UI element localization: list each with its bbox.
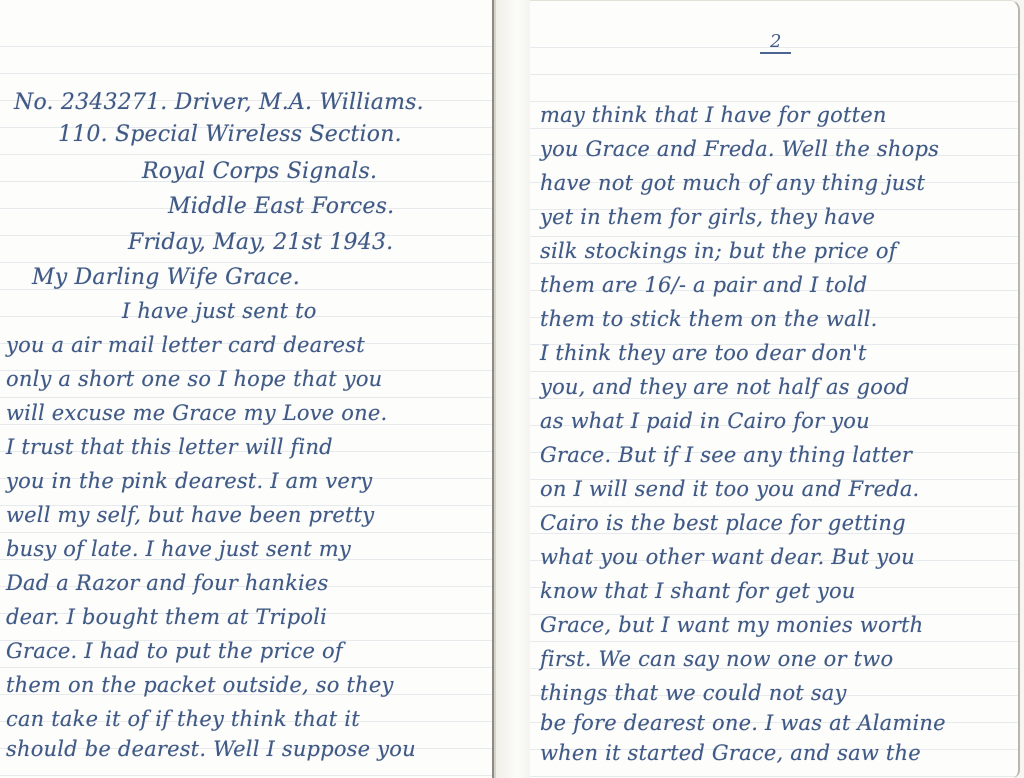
body-line: will excuse me Grace my Love one.: [6, 403, 387, 424]
sender-corps-line: Royal Corps Signals.: [142, 161, 377, 183]
body-line: as what I paid in Cairo for you: [540, 411, 870, 432]
letter-date: Friday, May, 21st 1943.: [128, 232, 393, 254]
body-line: you a air mail letter card dearest: [6, 335, 365, 356]
body-line: things that we could not say: [540, 683, 847, 704]
body-line: Grace. I had to put the price of: [6, 641, 343, 662]
body-line: should be dearest. Well I suppose you: [6, 739, 416, 760]
body-line: Cairo is the best place for getting: [540, 513, 906, 534]
body-line: know that I shant for get you: [540, 581, 856, 602]
body-line: have not got much of any thing just: [540, 173, 925, 194]
body-line: be fore dearest one. I was at Alamine: [540, 713, 946, 734]
body-line: may think that I have for gotten: [540, 105, 887, 126]
body-line: I trust that this letter will find: [6, 437, 333, 458]
body-line: I have just sent to: [122, 301, 317, 322]
body-line: you, and they are not half as good: [540, 377, 910, 398]
body-line: silk stockings in; but the price of: [540, 241, 897, 262]
body-line: you in the pink dearest. I am very: [6, 471, 372, 492]
body-line: first. We can say now one or two: [540, 649, 893, 670]
body-line: Grace, but I want my monies worth: [540, 615, 923, 636]
body-line: can take it of if they think that it: [6, 709, 360, 730]
body-line: them on the packet outside, so they: [6, 675, 394, 696]
body-line: yet in them for girls, they have: [540, 207, 875, 228]
letter-page-1: No. 2343271. Driver, M.A. Williams. 110.…: [0, 0, 494, 778]
letter-scan: No. 2343271. Driver, M.A. Williams. 110.…: [0, 0, 1024, 778]
body-line: I think they are too dear don't: [540, 343, 867, 364]
letter-page-2: 2 may think that I have for gotten you G…: [530, 0, 1020, 778]
body-line: them to stick them on the wall.: [540, 309, 878, 330]
body-line: on I will send it too you and Freda.: [540, 479, 919, 500]
body-line: them are 16/- a pair and I told: [540, 275, 867, 296]
sender-service-number-line: No. 2343271. Driver, M.A. Williams.: [14, 92, 424, 114]
body-line: Dad a Razor and four hankies: [6, 573, 329, 594]
body-line: Grace. But if I see any thing latter: [540, 445, 912, 466]
sender-forces-line: Middle East Forces.: [168, 196, 394, 218]
body-line: only a short one so I hope that you: [6, 369, 382, 390]
body-line: dear. I bought them at Tripoli: [6, 607, 327, 628]
sender-unit-line: 110. Special Wireless Section.: [58, 124, 402, 146]
body-line: busy of late. I have just sent my: [6, 539, 351, 560]
salutation: My Darling Wife Grace.: [32, 267, 300, 289]
page-gutter: [496, 0, 530, 778]
page-number: 2: [760, 33, 791, 54]
body-line: you Grace and Freda. Well the shops: [540, 139, 939, 160]
body-line: what you other want dear. But you: [540, 547, 915, 568]
body-line: when it started Grace, and saw the: [540, 743, 921, 764]
body-line: well my self, but have been pretty: [6, 505, 374, 526]
